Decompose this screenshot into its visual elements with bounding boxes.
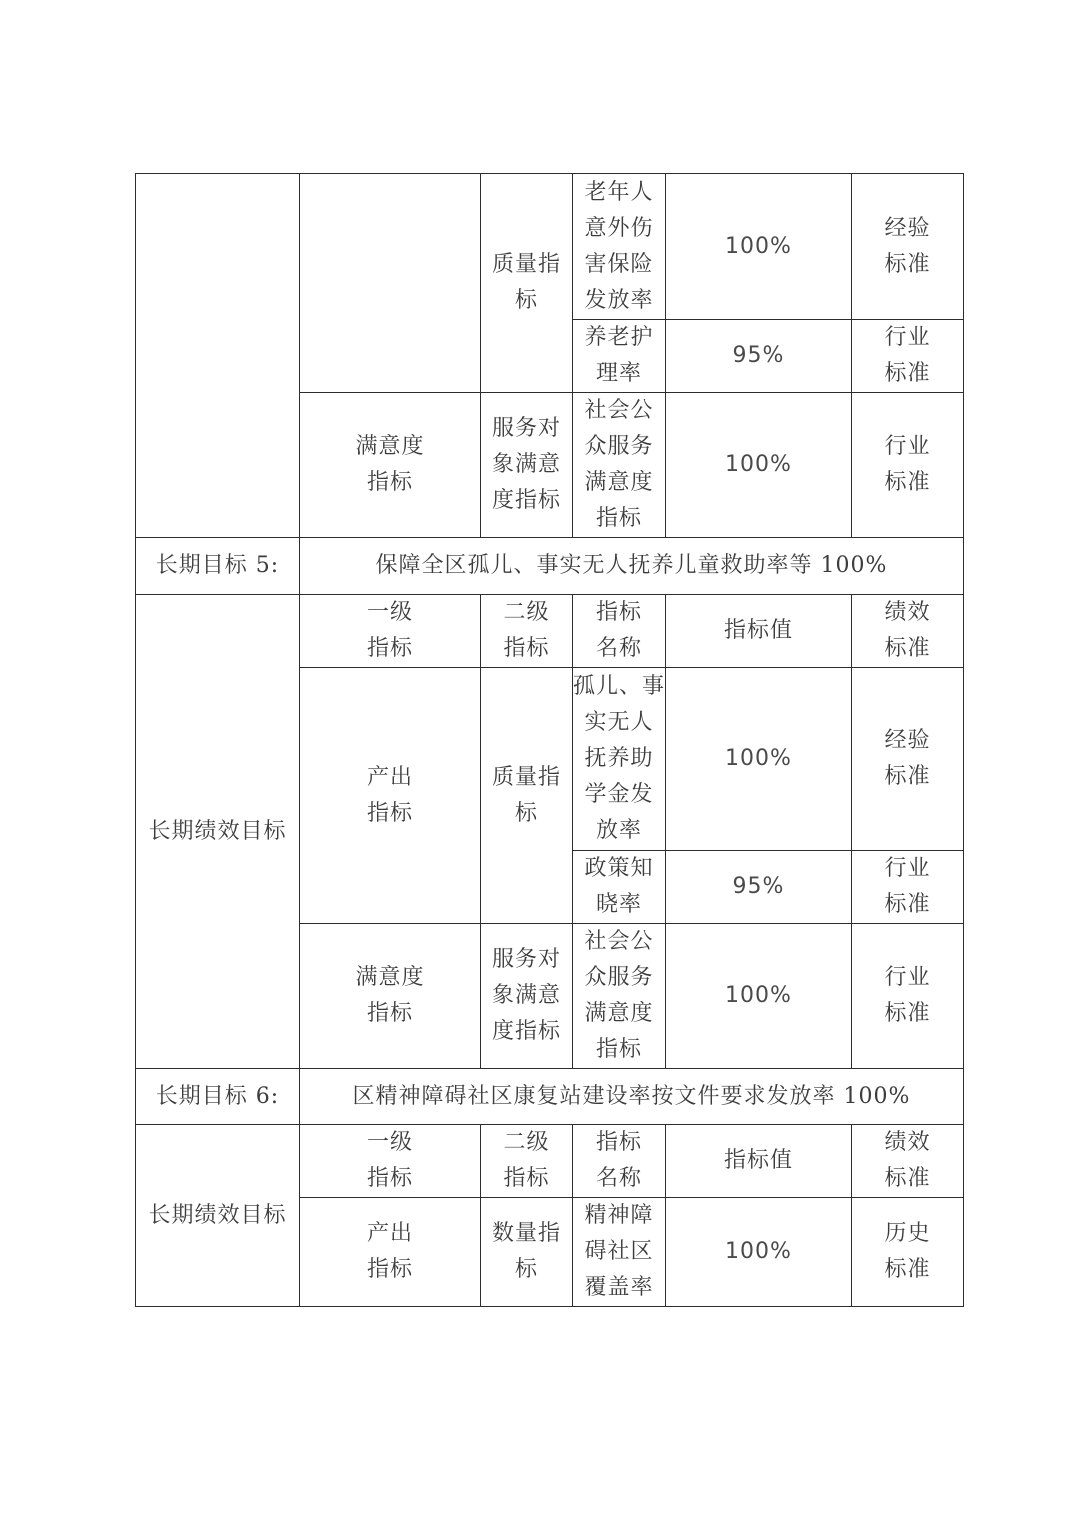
performance-standard-cell: 经验 标准	[852, 668, 964, 851]
performance-standard-cell: 行业 标准	[852, 851, 964, 924]
goal6-label-cell: 长期目标 6:	[136, 1069, 300, 1125]
primary-indicator-cell: 满意度 指标	[300, 924, 481, 1069]
indicator-value-cell: 100%	[666, 924, 852, 1069]
indicator-value-cell: 100%	[666, 393, 852, 538]
indicator-value-cell: 95%	[666, 320, 852, 393]
secondary-indicator-cell: 数量指 标	[481, 1198, 573, 1307]
header-performance-standard-cell: 绩效 标准	[852, 595, 964, 668]
header-primary-indicator-cell: 一级 指标	[300, 595, 481, 668]
header-secondary-indicator-cell: 二级 指标	[481, 595, 573, 668]
secondary-indicator-cell: 质量指 标	[481, 668, 573, 924]
performance-standard-cell: 行业 标准	[852, 393, 964, 538]
indicator-name-cell: 养老护 理率	[573, 320, 666, 393]
performance-standard-cell: 行业 标准	[852, 320, 964, 393]
indicator-name-cell: 政策知 晓率	[573, 851, 666, 924]
table-row: 质量指 标 老年人 意外伤 害保险 发放率 100% 经验 标准	[136, 174, 964, 320]
document-page: 质量指 标 老年人 意外伤 害保险 发放率 100% 经验 标准 养老护 理率 …	[0, 0, 1074, 1520]
header-indicator-name-cell: 指标 名称	[573, 1125, 666, 1198]
indicator-name-cell: 孤儿、事 实无人 抚养助 学金发 放率	[573, 668, 666, 851]
primary-indicator-cell: 产出 指标	[300, 1198, 481, 1307]
goal5-label-cell: 长期目标 5:	[136, 538, 300, 595]
header-secondary-indicator-cell: 二级 指标	[481, 1125, 573, 1198]
performance-indicator-table: 质量指 标 老年人 意外伤 害保险 发放率 100% 经验 标准 养老护 理率 …	[135, 173, 964, 1307]
secondary-indicator-cell: 质量指 标	[481, 174, 573, 393]
primary-indicator-cell: 产出 指标	[300, 668, 481, 924]
blank-goal-cell	[136, 174, 300, 538]
section-header-row: 长期绩效目标 一级 指标 二级 指标 指标 名称 指标值 绩效 标准	[136, 1125, 964, 1198]
performance-standard-cell: 历史 标准	[852, 1198, 964, 1307]
header-indicator-value-cell: 指标值	[666, 1125, 852, 1198]
indicator-value-cell: 95%	[666, 851, 852, 924]
goal5-description-cell: 保障全区孤儿、事实无人抚养儿童救助率等 100%	[300, 538, 964, 595]
secondary-indicator-cell: 服务对 象满意 度指标	[481, 924, 573, 1069]
header-primary-indicator-cell: 一级 指标	[300, 1125, 481, 1198]
indicator-name-cell: 精神障 碍社区 覆盖率	[573, 1198, 666, 1307]
goal-banner-row: 长期目标 5: 保障全区孤儿、事实无人抚养儿童救助率等 100%	[136, 538, 964, 595]
header-indicator-name-cell: 指标 名称	[573, 595, 666, 668]
section-header-row: 长期绩效目标 一级 指标 二级 指标 指标 名称 指标值 绩效 标准	[136, 595, 964, 668]
indicator-value-cell: 100%	[666, 174, 852, 320]
indicator-name-cell: 老年人 意外伤 害保险 发放率	[573, 174, 666, 320]
goal-banner-row: 长期目标 6: 区精神障碍社区康复站建设率按文件要求发放率 100%	[136, 1069, 964, 1125]
goal6-description-cell: 区精神障碍社区康复站建设率按文件要求发放率 100%	[300, 1069, 964, 1125]
performance-standard-cell: 经验 标准	[852, 174, 964, 320]
header-indicator-value-cell: 指标值	[666, 595, 852, 668]
indicator-value-cell: 100%	[666, 1198, 852, 1307]
row-group-label-cell: 长期绩效目标	[136, 595, 300, 1069]
row-group-label-cell: 长期绩效目标	[136, 1125, 300, 1307]
indicator-value-cell: 100%	[666, 668, 852, 851]
header-performance-standard-cell: 绩效 标准	[852, 1125, 964, 1198]
indicator-name-cell: 社会公 众服务 满意度 指标	[573, 924, 666, 1069]
indicator-name-cell: 社会公 众服务 满意度 指标	[573, 393, 666, 538]
primary-indicator-cell: 满意度 指标	[300, 393, 481, 538]
performance-standard-cell: 行业 标准	[852, 924, 964, 1069]
blank-primary-indicator-cell	[300, 174, 481, 393]
secondary-indicator-cell: 服务对 象满意 度指标	[481, 393, 573, 538]
